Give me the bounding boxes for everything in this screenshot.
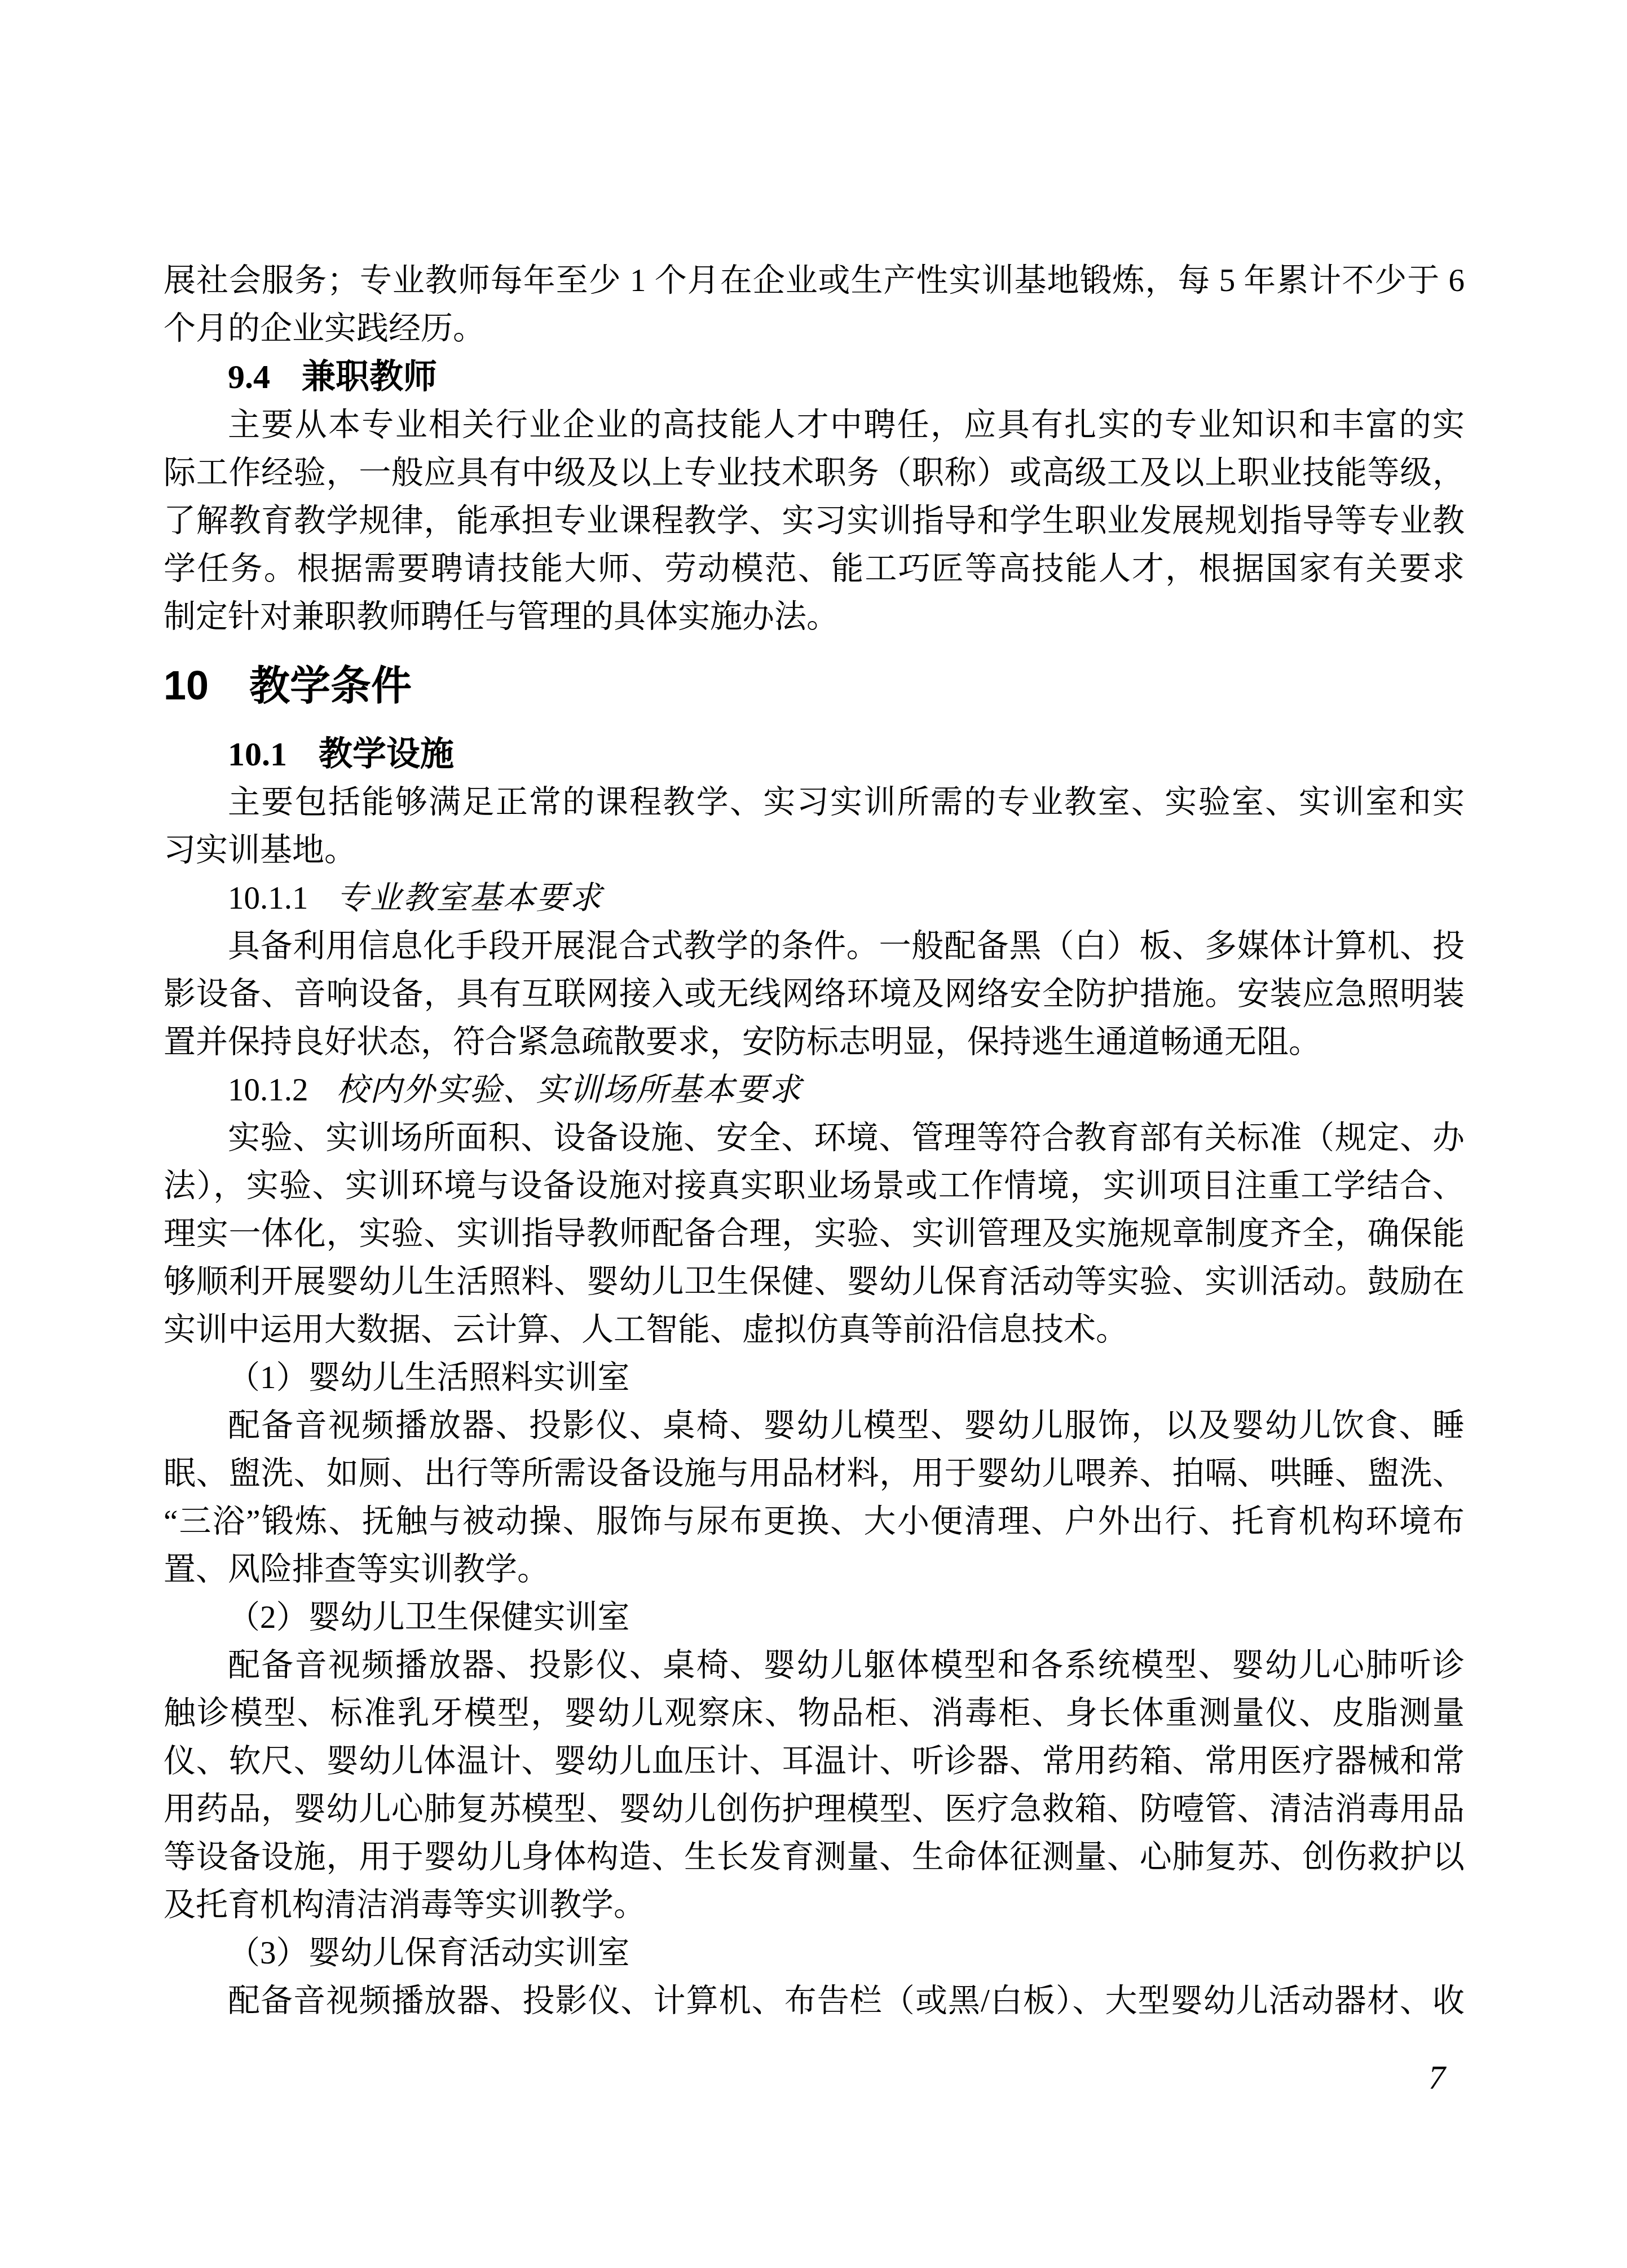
text-line: （2）婴幼儿卫生保健实训室 bbox=[164, 1593, 1465, 1641]
document-body: 展社会服务；专业教师每年至少 1 个月在企业或生产性实训基地锻炼，每 5 年累计… bbox=[164, 257, 1465, 2025]
text-line: 仪、软尺、婴幼儿体温计、婴幼儿血压计、耳温计、听诊器、常用药箱、常用医疗器械和常 bbox=[164, 1737, 1465, 1785]
text-line: 主要包括能够满足正常的课程教学、实习实训所需的专业教室、实验室、实训室和实 bbox=[164, 778, 1465, 826]
section-heading-10: 10教学条件 bbox=[164, 658, 1465, 714]
document-page: 展社会服务；专业教师每年至少 1 个月在企业或生产性实训基地锻炼，每 5 年累计… bbox=[0, 0, 1627, 2268]
section-heading-10.1: 10.1教学设施 bbox=[164, 730, 1465, 778]
paragraph: 主要包括能够满足正常的课程教学、实习实训所需的专业教室、实验室、实训室和实习实训… bbox=[164, 778, 1465, 874]
text-line: 够顺利开展婴幼儿生活照料、婴幼儿卫生保健、婴幼儿保育活动等实验、实训活动。鼓励在 bbox=[164, 1258, 1465, 1306]
text-line: 用药品，婴幼儿心肺复苏模型、婴幼儿创伤护理模型、医疗急救箱、防噎管、清洁消毒用品 bbox=[164, 1785, 1465, 1833]
section-heading-9.4: 9.4兼职教师 bbox=[164, 353, 1465, 401]
heading-title: 兼职教师 bbox=[302, 358, 437, 395]
text-line: 实训中运用大数据、云计算、人工智能、虚拟仿真等前沿信息技术。 bbox=[164, 1306, 1465, 1354]
text-line: 配备音视频播放器、投影仪、桌椅、婴幼儿模型、婴幼儿服饰，以及婴幼儿饮食、睡 bbox=[164, 1402, 1465, 1450]
heading-title: 专业教室基本要求 bbox=[337, 880, 603, 916]
paragraph: 展社会服务；专业教师每年至少 1 个月在企业或生产性实训基地锻炼，每 5 年累计… bbox=[164, 257, 1465, 353]
paragraph: 实验、实训场所面积、设备设施、安全、环境、管理等符合教育部有关标准（规定、办法）… bbox=[164, 1114, 1465, 1354]
paragraph: 主要从本专业相关行业企业的高技能人才中聘任，应具有扎实的专业知识和丰富的实际工作… bbox=[164, 401, 1465, 641]
heading-title: 教学设施 bbox=[319, 735, 454, 773]
text-line: 触诊模型、标准乳牙模型，婴幼儿观察床、物品柜、消毒柜、身长体重测量仪、皮脂测量 bbox=[164, 1689, 1465, 1737]
heading-number: 10.1.2 bbox=[228, 1072, 308, 1108]
text-line: 置并保持良好状态，符合紧急疏散要求，安防标志明显，保持逃生通道畅通无阻。 bbox=[164, 1018, 1465, 1066]
text-line: 法），实验、实训环境与设备设施对接真实职业场景或工作情境，实训项目注重工学结合、 bbox=[164, 1162, 1465, 1210]
paragraph: 配备音视频播放器、投影仪、桌椅、婴幼儿模型、婴幼儿服饰，以及婴幼儿饮食、睡眠、盥… bbox=[164, 1402, 1465, 1593]
text-line: 制定针对兼职教师聘任与管理的具体实施办法。 bbox=[164, 593, 1465, 641]
paragraph: 配备音视频播放器、投影仪、计算机、布告栏（或黑/白板）、大型婴幼儿活动器材、收 bbox=[164, 1977, 1465, 2025]
text-line: 具备利用信息化手段开展混合式教学的条件。一般配备黑（白）板、多媒体计算机、投 bbox=[164, 922, 1465, 970]
text-line: （3）婴幼儿保育活动实训室 bbox=[164, 1929, 1465, 1977]
heading-title: 教学条件 bbox=[249, 663, 412, 708]
section-heading-10.1.2: 10.1.2校内外实验、实训场所基本要求 bbox=[164, 1066, 1465, 1114]
paragraph: （2）婴幼儿卫生保健实训室 bbox=[164, 1593, 1465, 1641]
heading-number: 10.1.1 bbox=[228, 880, 308, 916]
text-line: 了解教育教学规律，能承担专业课程教学、实习实训指导和学生职业发展规划指导等专业教 bbox=[164, 497, 1465, 545]
text-line: 影设备、音响设备，具有互联网接入或无线网络环境及网络安全防护措施。安装应急照明装 bbox=[164, 970, 1465, 1018]
text-line: 习实训基地。 bbox=[164, 826, 1465, 874]
page-number: 7 bbox=[1428, 2058, 1445, 2097]
text-line: 展社会服务；专业教师每年至少 1 个月在企业或生产性实训基地锻炼，每 5 年累计… bbox=[164, 257, 1465, 305]
text-line: 置、风险排查等实训教学。 bbox=[164, 1545, 1465, 1593]
paragraph: 具备利用信息化手段开展混合式教学的条件。一般配备黑（白）板、多媒体计算机、投影设… bbox=[164, 922, 1465, 1066]
text-line: （1）婴幼儿生活照料实训室 bbox=[164, 1354, 1465, 1402]
text-line: 及托育机构清洁消毒等实训教学。 bbox=[164, 1881, 1465, 1929]
text-line: 学任务。根据需要聘请技能大师、劳动模范、能工巧匠等高技能人才，根据国家有关要求 bbox=[164, 545, 1465, 593]
paragraph: （3）婴幼儿保育活动实训室 bbox=[164, 1929, 1465, 1977]
paragraph: （1）婴幼儿生活照料实训室 bbox=[164, 1354, 1465, 1402]
heading-number: 10 bbox=[164, 663, 209, 708]
text-line: 个月的企业实践经历。 bbox=[164, 305, 1465, 353]
text-line: 配备音视频播放器、投影仪、计算机、布告栏（或黑/白板）、大型婴幼儿活动器材、收 bbox=[164, 1977, 1465, 2025]
paragraph: 配备音视频播放器、投影仪、桌椅、婴幼儿躯体模型和各系统模型、婴幼儿心肺听诊触诊模… bbox=[164, 1641, 1465, 1929]
text-line: “三浴”锻炼、抚触与被动操、服饰与尿布更换、大小便清理、户外出行、托育机构环境布 bbox=[164, 1498, 1465, 1545]
text-line: 等设备设施，用于婴幼儿身体构造、生长发育测量、生命体征测量、心肺复苏、创伤救护以 bbox=[164, 1833, 1465, 1881]
text-line: 配备音视频播放器、投影仪、桌椅、婴幼儿躯体模型和各系统模型、婴幼儿心肺听诊 bbox=[164, 1641, 1465, 1689]
text-line: 实验、实训场所面积、设备设施、安全、环境、管理等符合教育部有关标准（规定、办 bbox=[164, 1114, 1465, 1162]
text-line: 主要从本专业相关行业企业的高技能人才中聘任，应具有扎实的专业知识和丰富的实 bbox=[164, 401, 1465, 449]
heading-number: 9.4 bbox=[228, 358, 270, 395]
text-line: 理实一体化，实验、实训指导教师配备合理，实验、实训管理及实施规章制度齐全，确保能 bbox=[164, 1210, 1465, 1258]
section-heading-10.1.1: 10.1.1专业教室基本要求 bbox=[164, 874, 1465, 922]
heading-title: 校内外实验、实训场所基本要求 bbox=[337, 1072, 803, 1108]
heading-number: 10.1 bbox=[228, 736, 287, 773]
text-line: 际工作经验，一般应具有中级及以上专业技术职务（职称）或高级工及以上职业技能等级， bbox=[164, 449, 1465, 497]
text-line: 眠、盥洗、如厕、出行等所需设备设施与用品材料，用于婴幼儿喂养、拍嗝、哄睡、盥洗、 bbox=[164, 1450, 1465, 1498]
